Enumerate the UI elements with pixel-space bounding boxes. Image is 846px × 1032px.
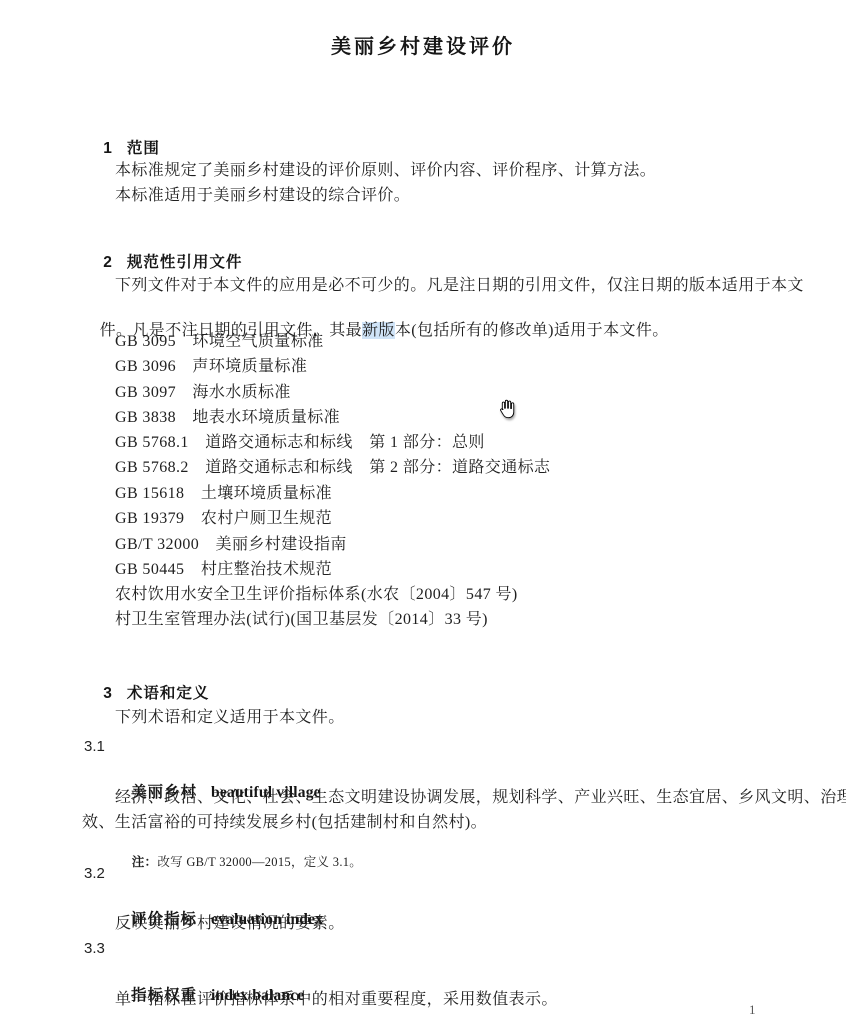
reference-item: GB 3095 环境空气质量标准 bbox=[115, 332, 324, 352]
section-3-intro: 下列术语和定义适用于本文件。 bbox=[115, 708, 345, 728]
section-2-label: 规范性引用文件 bbox=[127, 254, 243, 271]
reference-item: GB 5768.2 道路交通标志和标线 第 2 部分：道路交通标志 bbox=[115, 458, 550, 478]
intro-line2-post: 本(包括所有的修改单)适用于本文件。 bbox=[395, 322, 669, 339]
document-page[interactable]: 美丽乡村建设评价 1范围 本标准规定了美丽乡村建设的评价原则、评价内容、评价程序… bbox=[0, 0, 846, 1032]
clause-number-3-1: 3.1 bbox=[84, 738, 105, 755]
page-number: 1 bbox=[749, 1002, 756, 1018]
reference-item: GB 5768.1 道路交通标志和标线 第 1 部分：总则 bbox=[115, 433, 485, 453]
definition-3-2-line-1: 反映美丽乡村建设情况的要素。 bbox=[115, 914, 345, 934]
section-2-intro-line-1: 下列文件对于本文件的应用是必不可少的。凡是注日期的引用文件，仅注日期的版本适用于… bbox=[115, 276, 804, 296]
reference-item: GB 15618 土壤环境质量标准 bbox=[115, 484, 332, 504]
reference-item: GB 19379 农村户厕卫生规范 bbox=[115, 509, 332, 529]
section-2-intro-line-2: 件。凡是不注日期的引用文件，其最新版本(包括所有的修改单)适用于本文件。 bbox=[82, 301, 669, 361]
page-title: 美丽乡村建设评价 bbox=[0, 30, 846, 59]
definition-3-3-line-1: 单一指标在评价指标体系中的相对重要程度，采用数值表示。 bbox=[115, 990, 558, 1010]
open-hand-cursor-icon bbox=[495, 396, 519, 422]
definition-3-1-line-1: 经济、政治、文化、社会、生态文明建设协调发展，规划科学、产业兴旺、生态宜居、乡风… bbox=[115, 788, 846, 808]
reference-item: GB 3096 声环境质量标准 bbox=[115, 357, 307, 377]
reference-item: GB 3838 地表水环境质量标准 bbox=[115, 408, 340, 428]
section-2-number: 2 bbox=[103, 254, 113, 271]
section-3-number: 3 bbox=[103, 685, 113, 702]
reference-item: GB/T 32000 美丽乡村建设指南 bbox=[115, 535, 347, 555]
reference-item: 农村饮用水安全卫生评价指标体系(水农〔2004〕547 号) bbox=[115, 585, 518, 605]
text-selection-highlight: 新版 bbox=[362, 322, 395, 339]
clause-number-3-3: 3.3 bbox=[84, 940, 105, 957]
section-3-label: 术语和定义 bbox=[127, 685, 210, 702]
section-1-paragraph-2: 本标准适用于美丽乡村建设的综合评价。 bbox=[115, 186, 410, 206]
reference-item: 村卫生室管理办法(试行)(国卫基层发〔2014〕33 号) bbox=[115, 610, 488, 630]
reference-item: GB 50445 村庄整治技术规范 bbox=[115, 560, 332, 580]
section-1-number: 1 bbox=[103, 140, 113, 157]
note-text: 改写 GB/T 32000—2015，定义 3.1。 bbox=[157, 855, 362, 869]
reference-item: GB 3097 海水水质标准 bbox=[115, 383, 291, 403]
section-1-paragraph-1: 本标准规定了美丽乡村建设的评价原则、评价内容、评价程序、计算方法。 bbox=[115, 161, 656, 181]
section-1-label: 范围 bbox=[127, 140, 160, 157]
definition-3-1-line-2: 效、生活富裕的可持续发展乡村(包括建制村和自然村)。 bbox=[82, 813, 487, 833]
clause-number-3-2: 3.2 bbox=[84, 865, 105, 882]
note-3-1: 注：改写 GB/T 32000—2015，定义 3.1。 bbox=[118, 837, 362, 885]
note-label: 注： bbox=[132, 855, 158, 869]
